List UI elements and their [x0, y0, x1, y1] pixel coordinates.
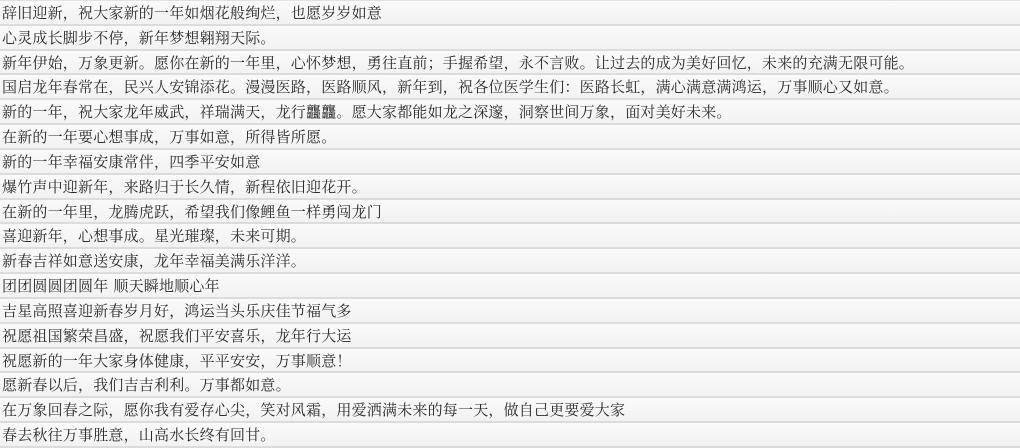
list-item-text: 国启龙年春常在，民兴人安锦添花。漫漫医路，医路顺风，新年到，祝各位医学生们：医路…	[2, 76, 899, 97]
list-item[interactable]: 辞旧迎新，祝大家新的一年如烟花般绚烂，也愿岁岁如意	[0, 0, 1020, 26]
list-item-text: 新的一年幸福安康常伴，四季平安如意	[2, 151, 260, 172]
list-item[interactable]: 新的一年幸福安康常伴，四季平安如意	[0, 150, 1020, 175]
list-item-text: 在万象回春之际，愿你我有爱存心尖，笑对风霜，用爱洒满未来的每一天，做自己更要爱大…	[2, 399, 625, 420]
list-item[interactable]: 爆竹声中迎新年，来路归于长久情，新程依旧迎花开。	[0, 175, 1020, 200]
list-item[interactable]: 在新的一年要心想事成，万事如意，所得皆所愿。	[0, 125, 1020, 150]
list-item[interactable]: 祝愿新的一年大家身体健康，平平安安，万事顺意！	[0, 349, 1020, 374]
list-item[interactable]: 新的一年，祝大家龙年威武，祥瑞满天，龙行龘龘。愿大家都能如龙之深邃，洞察世间万象…	[0, 100, 1020, 125]
list-item[interactable]: 团团圆圆团圆年 顺天瞬地顺心年	[0, 274, 1020, 299]
list-item-text: 愿新春以后，我们吉吉利利。万事都如意。	[2, 374, 291, 395]
list-item[interactable]: 喜迎新年，心想事成。星光璀璨，未来可期。	[0, 224, 1020, 249]
list-item[interactable]: 新年伊始，万象更新。愿你在新的一年里，心怀梦想，勇往直前；手握希望，永不言败。让…	[0, 51, 1020, 76]
list-item-text: 祝愿新的一年大家身体健康，平平安安，万事顺意！	[2, 350, 352, 371]
list-item-text: 吉星高照喜迎新春岁月好，鸿运当头乐庆佳节福气多	[2, 300, 352, 321]
list-item[interactable]: 吉星高照喜迎新春岁月好，鸿运当头乐庆佳节福气多	[0, 299, 1020, 324]
list-item[interactable]: 愿新春以后，我们吉吉利利。万事都如意。	[0, 373, 1020, 398]
list-item[interactable]: 春去秋往万事胜意，山高水长终有回甘。	[0, 423, 1020, 448]
list-item-text: 辞旧迎新，祝大家新的一年如烟花般绚烂，也愿岁岁如意	[2, 2, 382, 23]
list-item-text: 爆竹声中迎新年，来路归于长久情，新程依旧迎花开。	[2, 176, 367, 197]
list-item-text: 新年伊始，万象更新。愿你在新的一年里，心怀梦想，勇往直前；手握希望，永不言败。让…	[2, 52, 914, 73]
greetings-list: 辞旧迎新，祝大家新的一年如烟花般绚烂，也愿岁岁如意 心灵成长脚步不停，新年梦想翱…	[0, 0, 1020, 448]
list-item-text: 在新的一年要心想事成，万事如意，所得皆所愿。	[2, 126, 336, 147]
list-item-text: 新春吉祥如意送安康，龙年幸福美满乐洋洋。	[2, 250, 306, 271]
list-item-text: 新的一年，祝大家龙年威武，祥瑞满天，龙行龘龘。愿大家都能如龙之深邃，洞察世间万象…	[2, 101, 732, 122]
list-item-text: 团团圆圆团圆年 顺天瞬地顺心年	[2, 275, 220, 296]
list-item-text: 心灵成长脚步不停，新年梦想翱翔天际。	[2, 27, 276, 48]
list-item[interactable]: 心灵成长脚步不停，新年梦想翱翔天际。	[0, 26, 1020, 51]
list-item-text: 喜迎新年，心想事成。星光璀璨，未来可期。	[2, 225, 306, 246]
list-item[interactable]: 国启龙年春常在，民兴人安锦添花。漫漫医路，医路顺风，新年到，祝各位医学生们：医路…	[0, 75, 1020, 100]
list-item-text: 春去秋往万事胜意，山高水长终有回甘。	[2, 424, 276, 445]
list-item[interactable]: 在新的一年里，龙腾虎跃，希望我们像鲤鱼一样勇闯龙门	[0, 200, 1020, 225]
list-item-text: 祝愿祖国繁荣昌盛，祝愿我们平安喜乐，龙年行大运	[2, 325, 352, 346]
list-item-text: 在新的一年里，龙腾虎跃，希望我们像鲤鱼一样勇闯龙门	[2, 201, 382, 222]
list-item[interactable]: 在万象回春之际，愿你我有爱存心尖，笑对风霜，用爱洒满未来的每一天，做自己更要爱大…	[0, 398, 1020, 423]
list-item[interactable]: 祝愿祖国繁荣昌盛，祝愿我们平安喜乐，龙年行大运	[0, 324, 1020, 349]
list-item[interactable]: 新春吉祥如意送安康，龙年幸福美满乐洋洋。	[0, 249, 1020, 274]
